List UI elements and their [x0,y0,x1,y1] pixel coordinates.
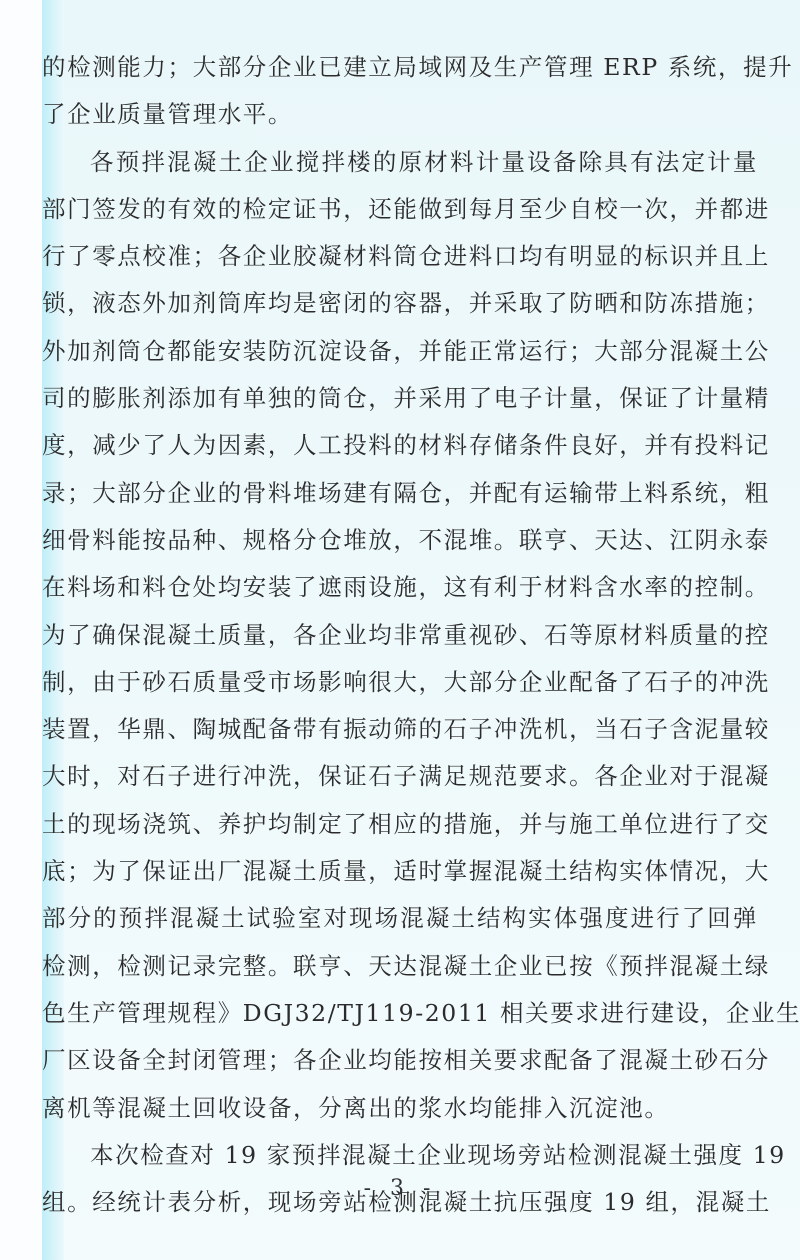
text-line: 检测，检测记录完整。联亨、天达混凝土企业已按《预拌混凝土绿 [42,943,758,990]
text-line: 土的现场浇筑、养护均制定了相应的措施，并与施工单位进行了交 [42,801,758,848]
text-line: 部门签发的有效的检定证书，还能做到每月至少自校一次，并都进 [42,186,758,233]
text-line: 离机等混凝土回收设备，分离出的浆水均能排入沉淀池。 [42,1085,758,1132]
text-line: 厂区设备全封闭管理；各企业均能按相关要求配备了混凝土砂石分 [42,1037,758,1084]
text-line: 色生产管理规程》DGJ32/TJ119-2011 相关要求进行建设，企业生产 [42,990,758,1037]
text-line: 行了零点校准；各企业胶凝材料筒仓进料口均有明显的标识并且上 [42,233,758,280]
text-line: 了企业质量管理水平。 [42,91,758,138]
text-line: 装置，华鼎、陶城配备带有振动筛的石子冲洗机，当石子含泥量较 [42,706,758,753]
document-body: 的检测能力；大部分企业已建立局域网及生产管理 ERP 系统，提升 了企业质量管理… [42,44,758,1226]
text-line: 司的膨胀剂添加有单独的筒仓，并采用了电子计量，保证了计量精 [42,375,758,422]
text-line: 的检测能力；大部分企业已建立局域网及生产管理 ERP 系统，提升 [42,44,758,91]
text-line: 锁，液态外加剂筒库均是密闭的容器，并采取了防晒和防冻措施； [42,280,758,327]
page-number: - 3 - [0,1176,800,1201]
text-line: 底；为了保证出厂混凝土质量，适时掌握混凝土结构实体情况，大 [42,848,758,895]
text-line: 大时，对石子进行冲洗，保证石子满足规范要求。各企业对于混凝 [42,753,758,800]
text-line: 本次检查对 19 家预拌混凝土企业现场旁站检测混凝土强度 19 [42,1132,758,1179]
scan-left-margin [0,0,42,1260]
text-line: 为了确保混凝土质量，各企业均非常重视砂、石等原材料质量的控 [42,612,758,659]
text-line: 各预拌混凝土企业搅拌楼的原材料计量设备除具有法定计量 [42,139,758,186]
text-line: 部分的预拌混凝土试验室对现场混凝土结构实体强度进行了回弹 [42,895,758,942]
text-line: 在料场和料仓处均安装了遮雨设施，这有利于材料含水率的控制。 [42,564,758,611]
text-line: 制，由于砂石质量受市场影响很大，大部分企业配备了石子的冲洗 [42,659,758,706]
text-line: 细骨料能按品种、规格分仓堆放，不混堆。联亨、天达、江阴永泰 [42,517,758,564]
text-line: 外加剂筒仓都能安装防沉淀设备，并能正常运行；大部分混凝土公 [42,328,758,375]
paragraph-1: 的检测能力；大部分企业已建立局域网及生产管理 ERP 系统，提升 了企业质量管理… [42,44,758,139]
text-line: 录；大部分企业的骨料堆场建有隔仓，并配有运输带上料系统，粗 [42,470,758,517]
paragraph-2: 各预拌混凝土企业搅拌楼的原材料计量设备除具有法定计量 部门签发的有效的检定证书，… [42,139,758,1132]
text-line: 度，减少了人为因素，人工投料的材料存储条件良好，并有投料记 [42,422,758,469]
